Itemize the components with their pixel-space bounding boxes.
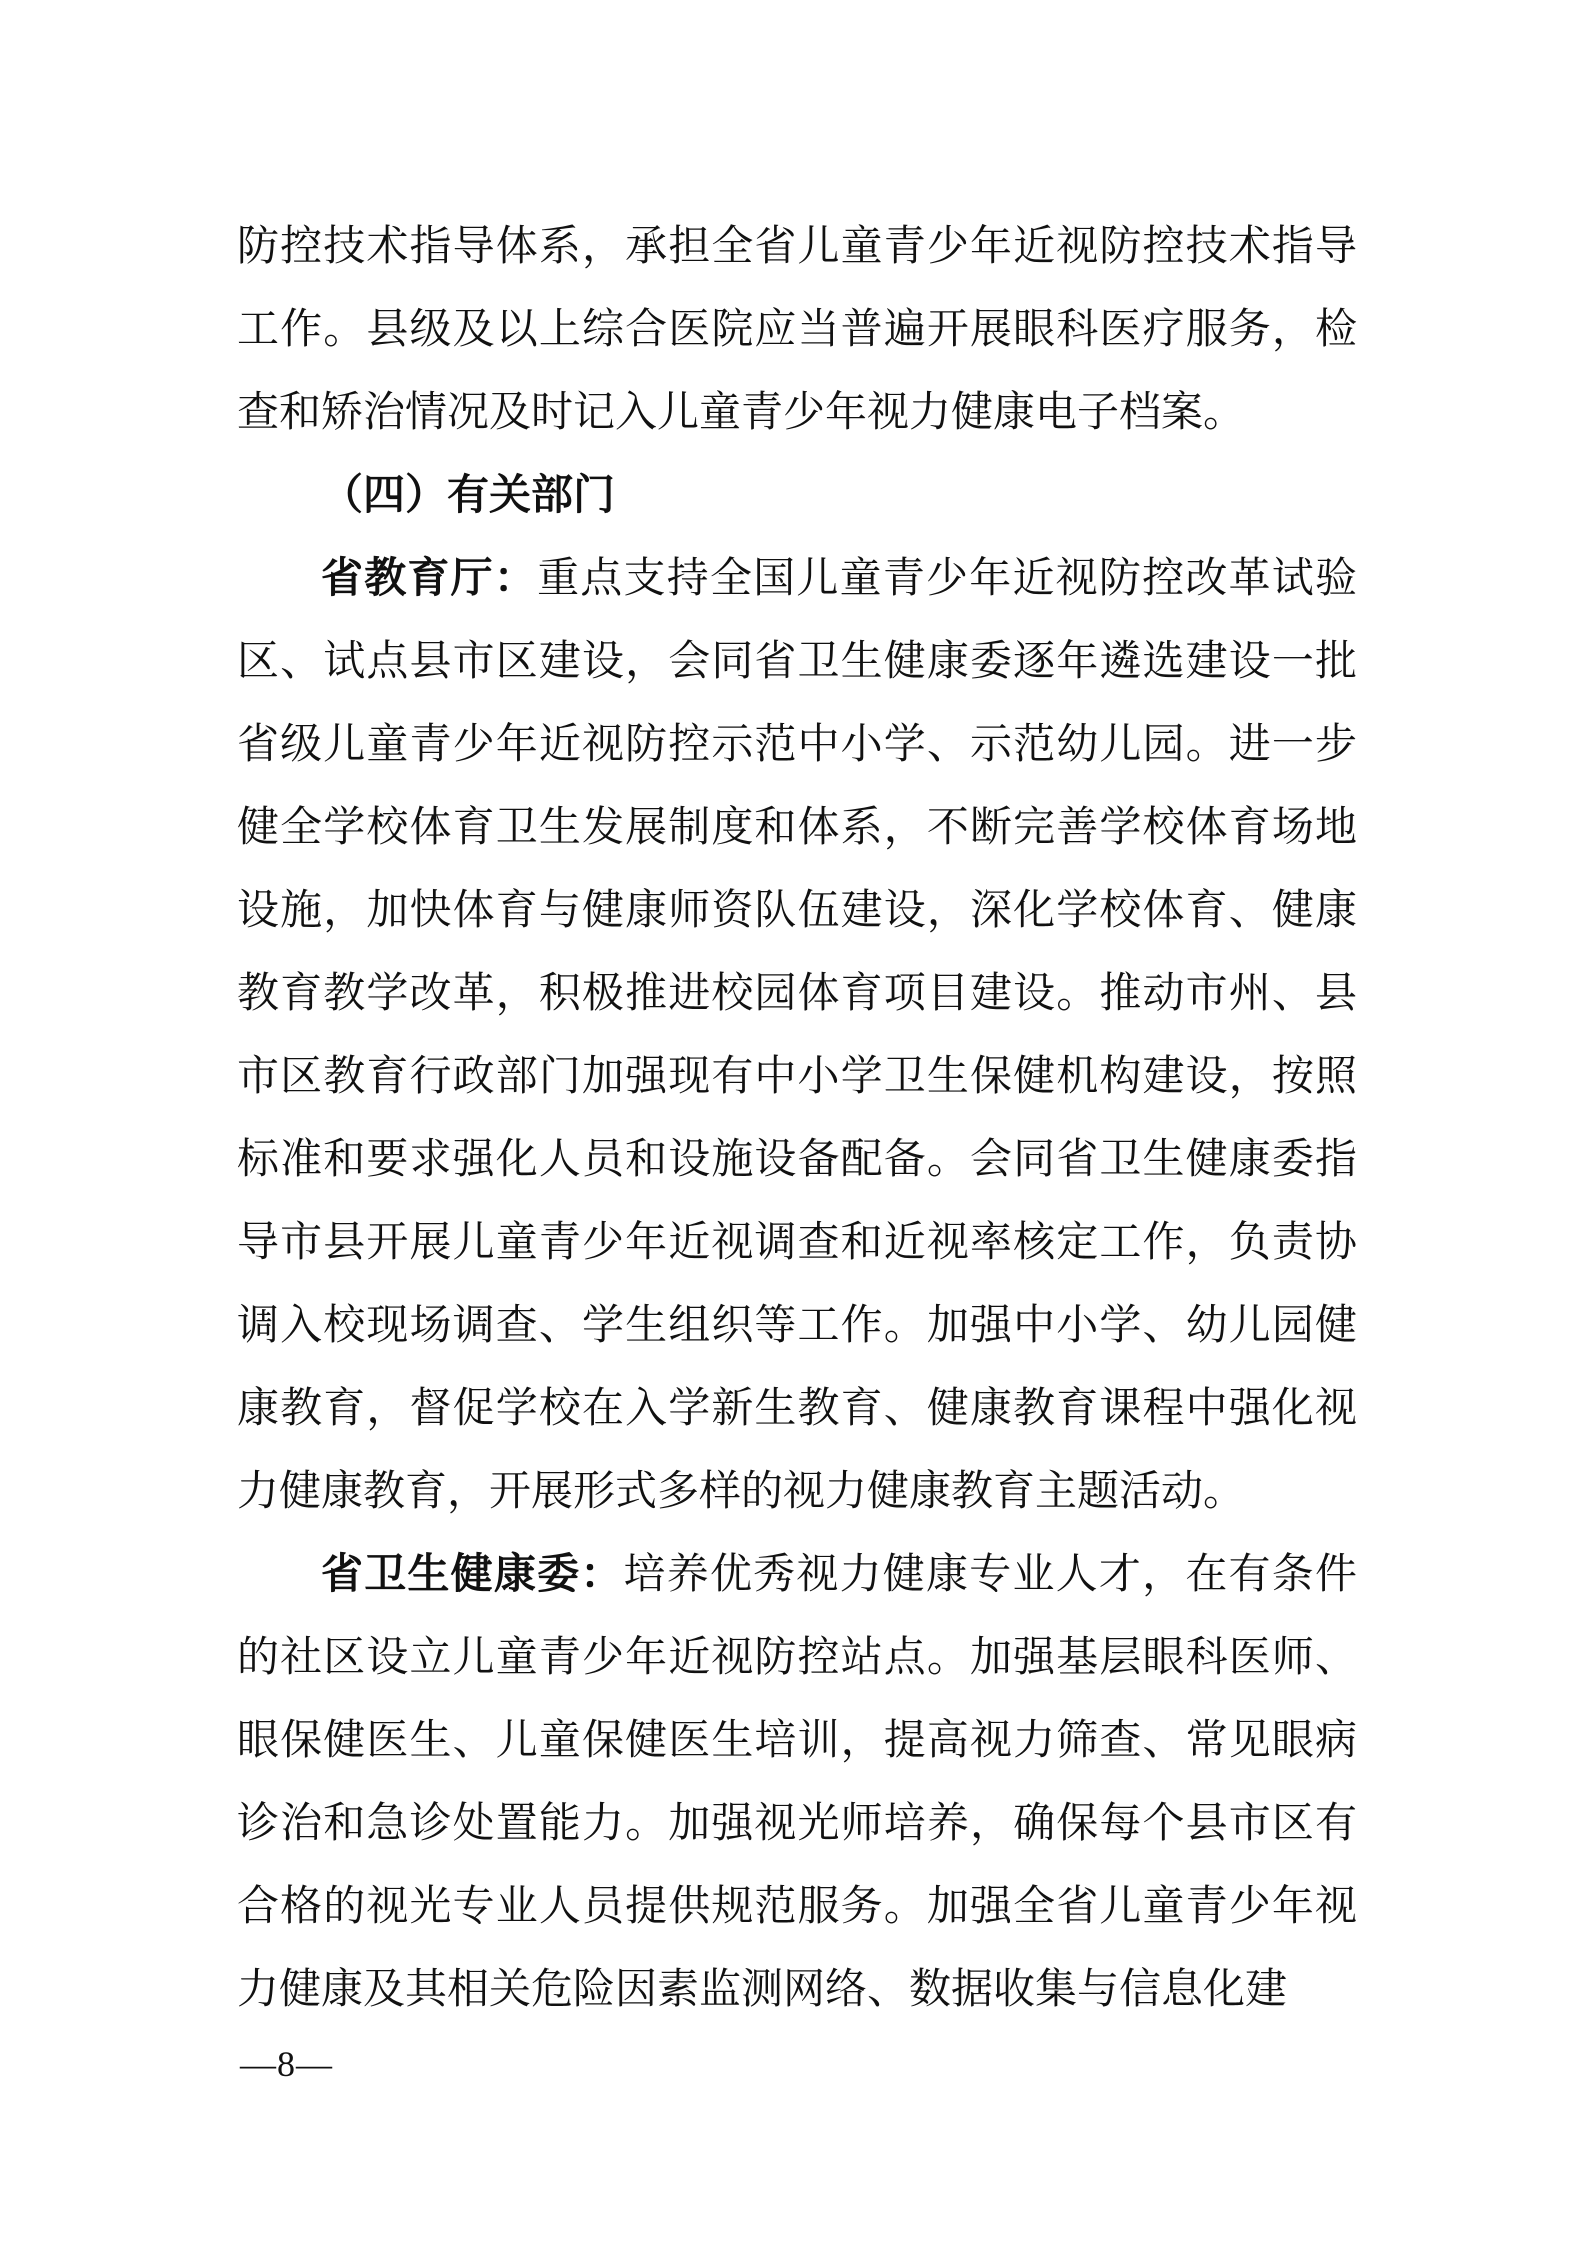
text-line: 标准和要求强化人员和设施设备配备。会同省卫生健康委指: [237, 1119, 1357, 1202]
line-text: 工作。县级及以上综合医院应当普遍开展眼科医疗服务，检: [237, 307, 1357, 353]
text-line: 市区教育行政部门加强现有中小学卫生保健机构建设，按照: [237, 1036, 1357, 1119]
text-line: 合格的视光专业人员提供规范服务。加强全省儿童青少年视: [237, 1866, 1357, 1949]
text-line: 工作。县级及以上综合医院应当普遍开展眼科医疗服务，检: [237, 289, 1357, 372]
text-line: 查和矫治情况及时记入儿童青少年视力健康电子档案。: [237, 372, 1357, 455]
line-text: 标准和要求强化人员和设施设备配备。会同省卫生健康委指: [237, 1137, 1357, 1183]
text-line: 教育教学改革，积极推进校园体育项目建设。推动市州、县: [237, 953, 1357, 1036]
text-line: 省教育厅：重点支持全国儿童青少年近视防控改革试验: [237, 538, 1357, 621]
text-line: 的社区设立儿童青少年近视防控站点。加强基层眼科医师、: [237, 1617, 1357, 1700]
page-number: —8—: [240, 2044, 333, 2084]
org-lead: 省教育厅：: [321, 556, 537, 602]
line-text: 健全学校体育卫生发展制度和体系，不断完善学校体育场地: [237, 805, 1357, 851]
text-line: 防控技术指导体系，承担全省儿童青少年近视防控技术指导: [237, 206, 1357, 289]
line-text: 教育教学改革，积极推进校园体育项目建设。推动市州、县: [237, 971, 1357, 1017]
line-text: 力健康及其相关危险因素监测网络、数据收集与信息化建: [237, 1967, 1287, 2013]
document-page: 防控技术指导体系，承担全省儿童青少年近视防控技术指导工作。县级及以上综合医院应当…: [0, 0, 1587, 2245]
line-text: 调入校现场调查、学生组织等工作。加强中小学、幼儿园健: [237, 1303, 1357, 1349]
line-text: 导市县开展儿童青少年近视调查和近视率核定工作，负责协: [237, 1220, 1357, 1266]
line-text: 重点支持全国儿童青少年近视防控改革试验: [537, 556, 1357, 602]
text-line: 调入校现场调查、学生组织等工作。加强中小学、幼儿园健: [237, 1285, 1357, 1368]
line-text: 合格的视光专业人员提供规范服务。加强全省儿童青少年视: [237, 1884, 1357, 1930]
line-text: 区、试点县市区建设，会同省卫生健康委逐年遴选建设一批: [237, 639, 1357, 685]
page-footer: —8—: [240, 2034, 333, 2094]
line-text: 设施，加快体育与健康师资队伍建设，深化学校体育、健康: [237, 888, 1357, 934]
line-text: 力健康教育，开展形式多样的视力健康教育主题活动。: [237, 1469, 1245, 1515]
org-lead: 省卫生健康委：: [321, 1552, 624, 1598]
line-text: 康教育，督促学校在入学新生教育、健康教育课程中强化视: [237, 1386, 1357, 1432]
section-heading: （四）有关部门: [237, 455, 1357, 538]
line-text: 省级儿童青少年近视防控示范中小学、示范幼儿园。进一步: [237, 722, 1357, 768]
line-text: 防控技术指导体系，承担全省儿童青少年近视防控技术指导: [237, 224, 1357, 270]
text-line: 力健康教育，开展形式多样的视力健康教育主题活动。: [237, 1451, 1357, 1534]
text-line: 区、试点县市区建设，会同省卫生健康委逐年遴选建设一批: [237, 621, 1357, 704]
text-line: 导市县开展儿童青少年近视调查和近视率核定工作，负责协: [237, 1202, 1357, 1285]
line-text: 诊治和急诊处置能力。加强视光师培养，确保每个县市区有: [237, 1801, 1357, 1847]
line-text: 培养优秀视力健康专业人才，在有条件: [624, 1552, 1357, 1598]
text-line: 省卫生健康委：培养优秀视力健康专业人才，在有条件: [237, 1534, 1357, 1617]
text-line: 康教育，督促学校在入学新生教育、健康教育课程中强化视: [237, 1368, 1357, 1451]
text-line: 健全学校体育卫生发展制度和体系，不断完善学校体育场地: [237, 787, 1357, 870]
line-text: 查和矫治情况及时记入儿童青少年视力健康电子档案。: [237, 390, 1245, 436]
text-line: 设施，加快体育与健康师资队伍建设，深化学校体育、健康: [237, 870, 1357, 953]
text-line: 眼保健医生、儿童保健医生培训，提高视力筛查、常见眼病: [237, 1700, 1357, 1783]
line-text: 的社区设立儿童青少年近视防控站点。加强基层眼科医师、: [237, 1635, 1357, 1681]
document-body: 防控技术指导体系，承担全省儿童青少年近视防控技术指导工作。县级及以上综合医院应当…: [237, 206, 1357, 2032]
text-line: 诊治和急诊处置能力。加强视光师培养，确保每个县市区有: [237, 1783, 1357, 1866]
line-text: 眼保健医生、儿童保健医生培训，提高视力筛查、常见眼病: [237, 1718, 1357, 1764]
text-line: 省级儿童青少年近视防控示范中小学、示范幼儿园。进一步: [237, 704, 1357, 787]
line-text: 市区教育行政部门加强现有中小学卫生保健机构建设，按照: [237, 1054, 1357, 1100]
line-text: （四）有关部门: [321, 473, 615, 519]
text-line: 力健康及其相关危险因素监测网络、数据收集与信息化建: [237, 1949, 1357, 2032]
